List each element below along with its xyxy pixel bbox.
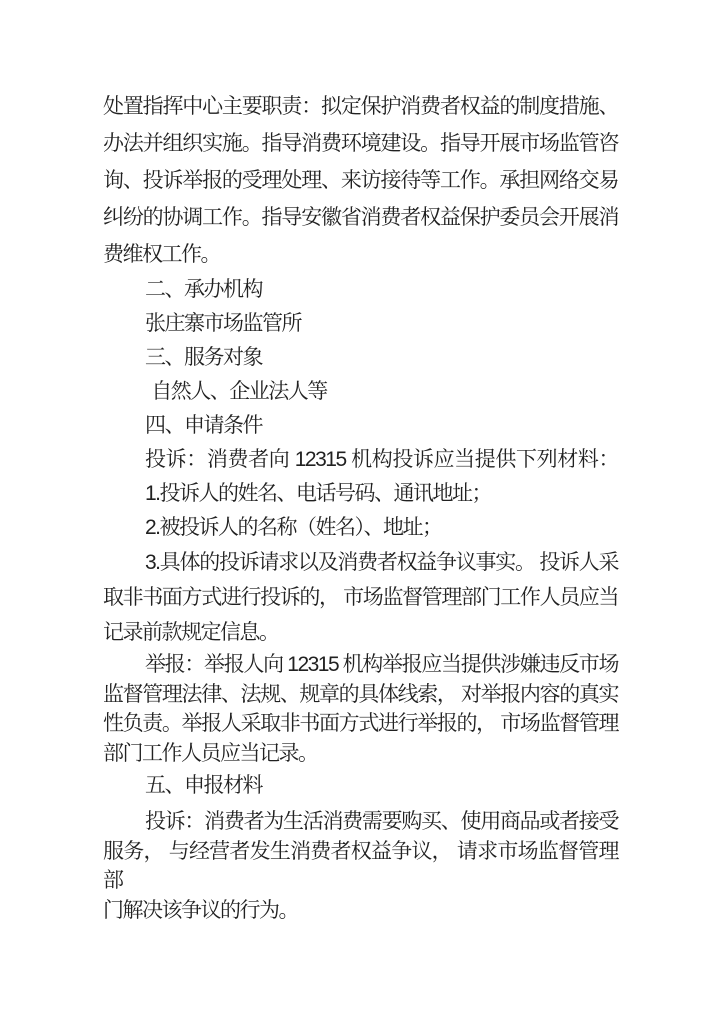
report-paragraph-line: 监督管理法律、法规、规章的具体线索， 对举报内容的真实 — [103, 680, 618, 710]
section-5-paragraph-line: 门解决该争议的行为。 — [103, 896, 618, 926]
document-page: 处置指挥中心主要职责：拟定保护消费者权益的制度措施、 办法并组织实施。指导消费环… — [0, 0, 715, 1011]
complaint-item-1: 1.投诉人的姓名、电话号码、通讯地址； — [103, 477, 618, 511]
complaint-item-3-line: 记录前款规定信息。 — [103, 615, 618, 650]
section-4-heading: 四、申请条件 — [103, 409, 618, 443]
complaint-item-2: 2.被投诉人的名称（姓名）、地址； — [103, 511, 618, 545]
complaint-item-3-line: 3.具体的投诉请求以及消费者权益争议事实。 投诉人采 — [103, 545, 618, 580]
section-2-content: 张庄寨市场监管所 — [103, 307, 618, 341]
intro-paragraph-line: 处置指挥中心主要职责：拟定保护消费者权益的制度措施、 — [103, 88, 618, 125]
complaint-item-3-line: 取非书面方式进行投诉的， 市场监督管理部门工作人员应当 — [103, 580, 618, 615]
intro-paragraph-line: 询、投诉举报的受理处理、来访接待等工作。承担网络交易 — [103, 162, 618, 199]
report-paragraph-line: 部门工作人员应当记录。 — [103, 739, 618, 769]
intro-paragraph-line: 费维权工作。 — [103, 236, 618, 273]
section-5-heading: 五、申报材料 — [103, 768, 618, 803]
report-paragraph-line: 性负责。举报人采取非书面方式进行举报的， 市场监督管理 — [103, 709, 618, 739]
document-text-block: 处置指挥中心主要职责：拟定保护消费者权益的制度措施、 办法并组织实施。指导消费环… — [103, 88, 618, 925]
section-3-heading: 三、服务对象 — [103, 341, 618, 375]
complaint-materials-intro: 投诉：消费者向 12315 机构投诉应当提供下列材料： — [103, 443, 618, 477]
intro-paragraph-line: 办法并组织实施。指导消费环境建设。指导开展市场监管咨 — [103, 125, 618, 162]
intro-paragraph-line: 纠纷的协调工作。指导安徽省消费者权益保护委员会开展消 — [103, 199, 618, 236]
report-paragraph-line: 举报：举报人向 12315 机构举报应当提供涉嫌违反市场 — [103, 650, 618, 680]
section-2-heading: 二、承办机构 — [103, 273, 618, 307]
section-5-paragraph-line: 投诉：消费者为生活消费需要购买、使用商品或者接受 — [103, 807, 618, 837]
section-5-paragraph-line: 服务， 与经营者发生消费者权益争议， 请求市场监督管理部 — [103, 837, 618, 896]
section-3-content: 自然人、企业法人等 — [103, 375, 618, 409]
